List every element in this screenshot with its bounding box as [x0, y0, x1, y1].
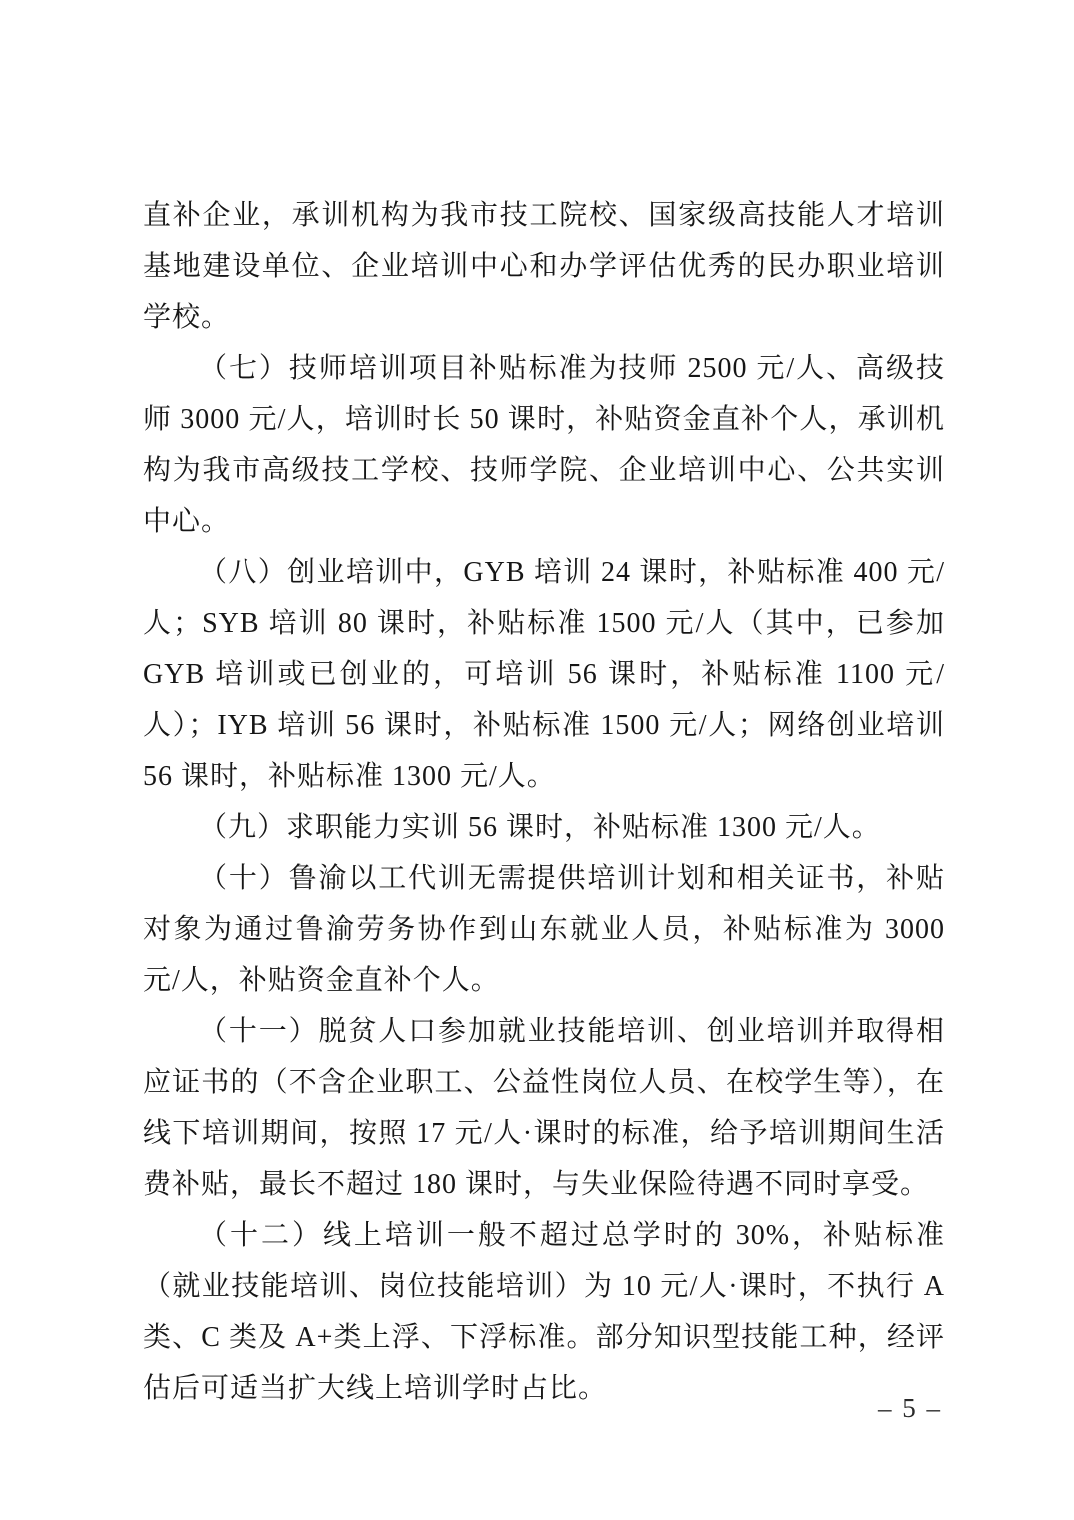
- paragraph-item-12: （十二）线上培训一般不超过总学时的 30%，补贴标准（就业技能培训、岗位技能培训…: [143, 1210, 945, 1414]
- page-footer: – 5 –: [878, 1392, 942, 1424]
- document-body: 直补企业，承训机构为我市技工院校、国家级高技能人才培训基地建设单位、企业培训中心…: [143, 190, 945, 1414]
- paragraph-item-7: （七）技师培训项目补贴标准为技师 2500 元/人、高级技师 3000 元/人，…: [143, 343, 945, 547]
- paragraph-item-8: （八）创业培训中，GYB 培训 24 课时，补贴标准 400 元/人；SYB 培…: [143, 547, 945, 802]
- paragraph-item-10: （十）鲁渝以工代训无需提供培训计划和相关证书，补贴对象为通过鲁渝劳务协作到山东就…: [143, 853, 945, 1006]
- paragraph-continuation: 直补企业，承训机构为我市技工院校、国家级高技能人才培训基地建设单位、企业培训中心…: [143, 190, 945, 343]
- paragraph-item-9: （九）求职能力实训 56 课时，补贴标准 1300 元/人。: [143, 802, 945, 853]
- paragraph-item-11: （十一）脱贫人口参加就业技能培训、创业培训并取得相应证书的（不含企业职工、公益性…: [143, 1006, 945, 1210]
- document-page: 直补企业，承训机构为我市技工院校、国家级高技能人才培训基地建设单位、企业培训中心…: [0, 0, 1074, 1520]
- page-number: – 5 –: [878, 1393, 942, 1423]
